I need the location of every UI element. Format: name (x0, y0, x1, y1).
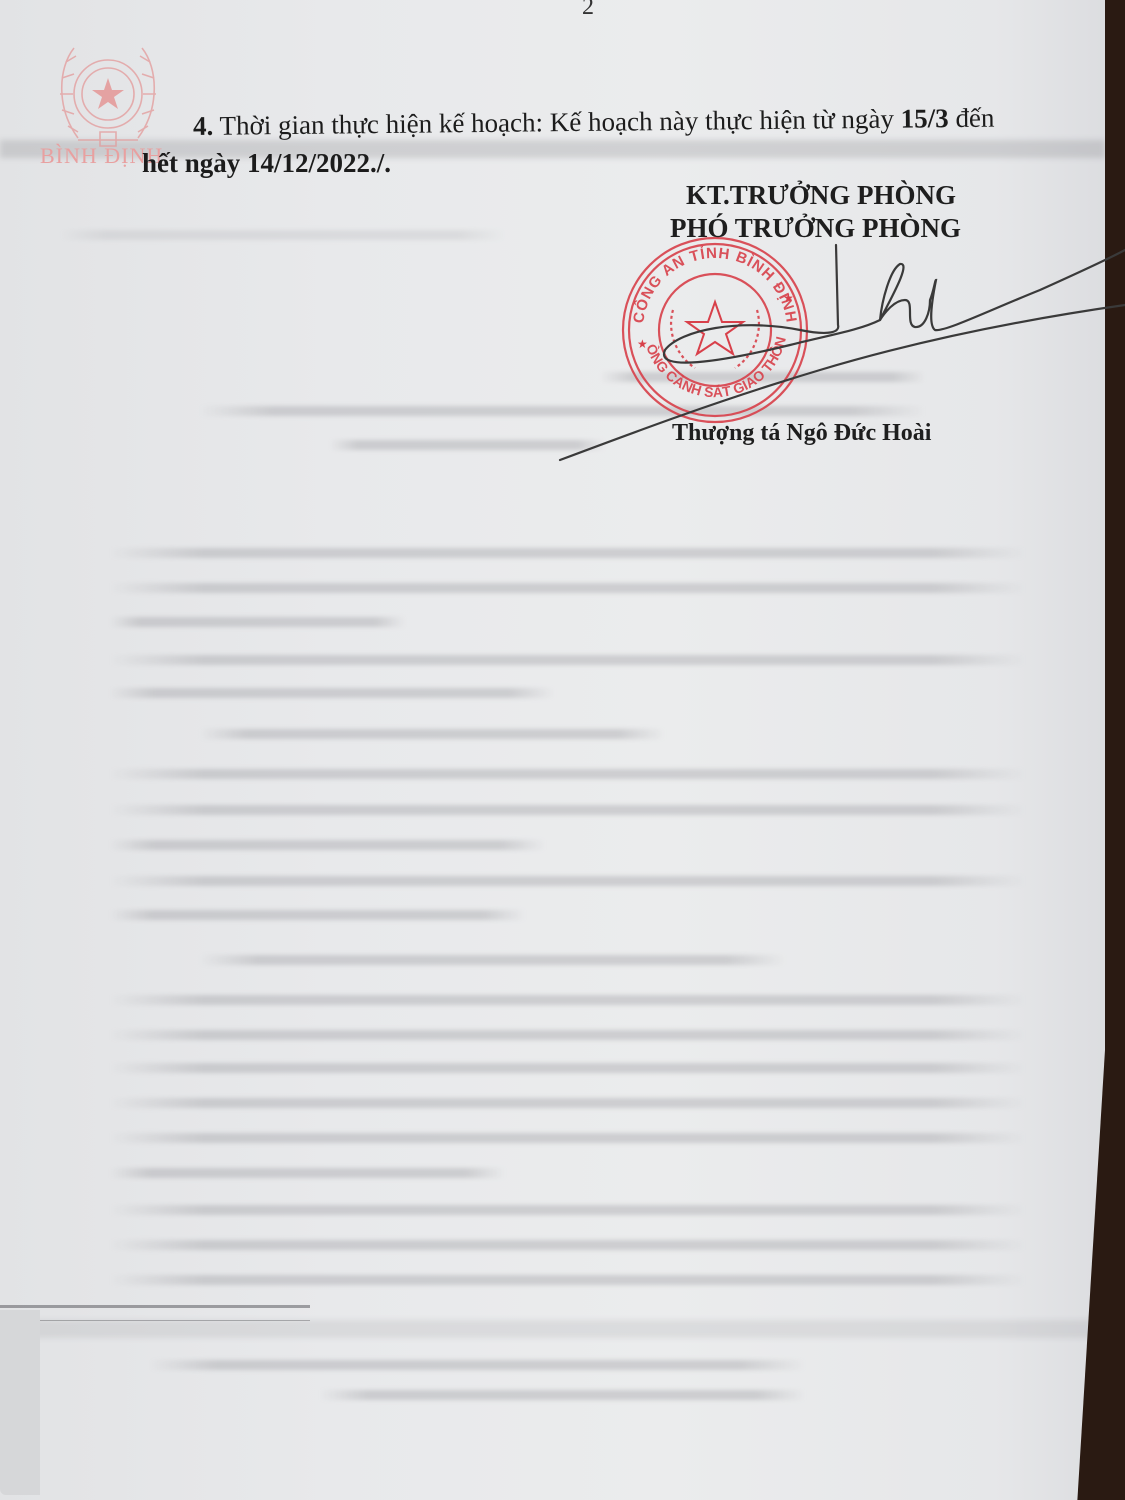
signature-title-1: KT.TRƯỞNG PHÒNG (686, 180, 956, 211)
star-icon: ★ (783, 291, 794, 305)
bleed-through-line (110, 1063, 1025, 1073)
official-stamp: CÔNG AN TỈNH BÌNH ĐỊNH PHÒNG CẢNH SÁT GI… (615, 230, 815, 430)
bleed-through-line (110, 617, 405, 627)
separator-line (0, 1320, 310, 1321)
bleed-through-line (110, 1133, 1025, 1143)
bleed-through-line (110, 655, 1025, 665)
signer-name: Thượng tá Ngô Đức Hoài (672, 420, 931, 447)
connector-text: đến (949, 103, 995, 133)
page-number: 2 (582, 0, 594, 21)
bleed-through-line (110, 1205, 1025, 1215)
end-date: 14/12/2022./. (247, 148, 391, 178)
section-4-end-line: hết ngày 14/12/2022./. (142, 148, 391, 179)
bleed-through-line (320, 1390, 805, 1400)
bleed-through-line (110, 910, 525, 920)
bleed-through-line (60, 230, 505, 240)
bleed-through-line (110, 583, 1025, 593)
start-date: 15/3 (901, 103, 949, 134)
bleed-through-line (200, 955, 785, 965)
svg-text:CÔNG AN TỈNH BÌNH ĐỊNH: CÔNG AN TỈNH BÌNH ĐỊNH (630, 245, 800, 325)
separator-line (0, 1305, 310, 1308)
bleed-through-line (150, 1360, 805, 1370)
bleed-through-line (110, 769, 1025, 779)
under-sheet-edge (0, 1310, 40, 1495)
bleed-through-line (110, 995, 1025, 1005)
signature-title-2: PHÓ TRƯỞNG PHÒNG (670, 213, 961, 244)
star-icon: ★ (637, 337, 648, 351)
fold-shadow (0, 1320, 1105, 1338)
bleed-through-line (110, 805, 1025, 815)
bleed-through-line (110, 1168, 505, 1178)
bleed-through-line (110, 688, 555, 698)
bleed-through-line (110, 840, 545, 850)
section-number: 4. (193, 111, 214, 141)
bleed-through-line (110, 1275, 1025, 1285)
bleed-through-line (200, 406, 925, 416)
bleed-through-line (200, 729, 665, 739)
bleed-through-line (110, 1030, 1025, 1040)
bleed-through-line (330, 440, 605, 450)
end-prefix: hết ngày (142, 148, 247, 178)
section-label: Thời gian thực hiện kế hoạch: Kế hoạch n… (213, 104, 901, 141)
bleed-through-line (110, 548, 1025, 558)
bleed-through-line (110, 1240, 1025, 1250)
bleed-through-line (110, 876, 1025, 886)
bleed-through-line (110, 1098, 1025, 1108)
